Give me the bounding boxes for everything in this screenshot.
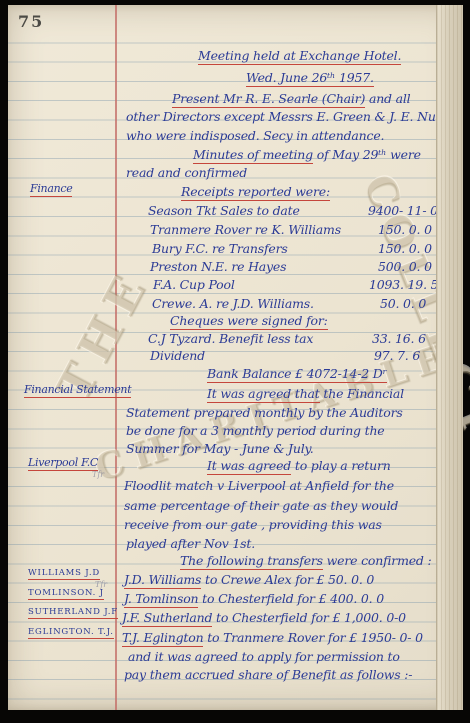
ink-text: same percentage of their gate as they wo… (124, 498, 398, 513)
ink-text: be done for a 3 monthly period during th… (126, 423, 385, 438)
ink-text: Summer for May - June & July. (126, 441, 313, 456)
handwritten-line: Bank Balance £ 4072-14-2 Dʳ (207, 366, 387, 381)
margin-note: Finance (30, 182, 72, 195)
red-underlined-text: J.F. Sutherland (122, 610, 212, 627)
ink-text: who were indisposed. Secy in attendance. (126, 128, 384, 143)
handwritten-line: played after Nov 1st. (126, 536, 255, 551)
margin-note: TOMLINSON. J (28, 588, 104, 598)
ink-text: Preston N.E. re Hayes (150, 259, 286, 274)
handwritten-line: Tranmere Rover re K. Williams150. 0. 0 (150, 222, 341, 237)
handwritten-line: J.D. Williams to Crewe Alex for £ 50. 0.… (124, 572, 374, 587)
handwritten-line: Preston N.E. re Hayes500. 0. 0 (150, 259, 286, 274)
handwritten-line: F.A. Cup Pool1093. 19. 5 (153, 277, 235, 292)
ink-text: Season Tkt Sales to date (148, 203, 300, 218)
ink-text: Dividend (150, 348, 205, 363)
amount-text: 150. 0. 0 (378, 222, 432, 237)
handwritten-line: who were indisposed. Secy in attendance. (126, 128, 384, 143)
red-underlined-text: It was agreed (207, 458, 291, 475)
page-edge-strip (436, 5, 463, 710)
ink-text: to play a return (291, 458, 390, 473)
handwritten-line: It was agreed to play a return (207, 458, 391, 473)
red-underlined-text: Present Mr R. E. Searle (Chair) (172, 91, 365, 108)
handwritten-line: C.J Tyzard. Benefit less tax33. 16. 6 (148, 331, 313, 346)
margin-note: WILLIAMS J.D (28, 568, 100, 578)
ink-text: C.J Tyzard. Benefit less tax (148, 331, 313, 346)
ink-text: Crewe. A. re J.D. Williams. (152, 296, 314, 311)
red-underlined-text: Minutes of meeting (193, 147, 313, 164)
margin-note: SUTHERLAND J.F (28, 607, 118, 617)
handwritten-line: Dividend97. 7. 6 (150, 348, 205, 363)
ink-text: played after Nov 1st. (126, 536, 255, 551)
handwriting-layer: Meeting held at Exchange Hotel.Wed. June… (0, 0, 470, 723)
handwritten-line: Summer for May - June & July. (126, 441, 313, 456)
red-underlined-text: Wed. June 26ᵗʰ 1957. (246, 70, 374, 87)
handwritten-line: Present Mr R. E. Searle (Chair) and all (172, 91, 410, 106)
ink-text: read and confirmed (126, 165, 247, 180)
handwritten-line: J.F. Sutherland to Chesterfield for £ 1,… (122, 610, 406, 625)
handwritten-line: Crewe. A. re J.D. Williams.50. 0. 0 (152, 296, 314, 311)
margin-note: Financial Statement (24, 383, 131, 396)
margin-note-label: EGLINGTON. T.J. (28, 627, 114, 639)
handwritten-line: Receipts reported were: (181, 184, 330, 199)
ink-text: F.A. Cup Pool (153, 277, 235, 292)
margin-note-label: WILLIAMS J.D (28, 568, 100, 580)
handwritten-line: Floodlit match v Liverpool at Anfield fo… (124, 478, 394, 493)
handwritten-line: pay them accrued share of Benefit as fol… (124, 667, 412, 682)
ink-text: to Chesterfield for £ 1,000. 0-0 (212, 610, 406, 625)
handwritten-line: It was agreed that the Financial (207, 386, 404, 401)
ink-text: and it was agreed to apply for permissio… (128, 649, 400, 664)
handwritten-line: receive from our gate , providing this w… (124, 517, 382, 532)
margin-note: EGLINGTON. T.J. (28, 627, 114, 637)
handwritten-line: Meeting held at Exchange Hotel. (198, 48, 401, 63)
handwritten-line: Cheques were signed for: (170, 313, 328, 328)
ink-text: Floodlit match v Liverpool at Anfield fo… (124, 478, 394, 493)
ink-text: to Chesterfield for £ 400. 0. 0 (198, 591, 384, 606)
amount-text: 9400- 11- 0 (368, 203, 438, 218)
ink-text: pay them accrued share of Benefit as fol… (124, 667, 412, 682)
margin-note-label: Financial Statement (24, 383, 131, 398)
amount-text: 500. 0. 0 (378, 259, 432, 274)
ink-text: receive from our gate , providing this w… (124, 517, 382, 532)
ink-text: Tranmere Rover re K. Williams (150, 222, 341, 237)
ink-text: of May 29ᵗʰ were (313, 147, 421, 162)
handwritten-line: Statement prepared monthly by the Audito… (126, 405, 403, 420)
handwritten-line: Bury F.C. re Transfers150. 0. 0 (152, 241, 288, 256)
margin-note: Liverpool F.C (28, 456, 98, 469)
handwritten-line: be done for a 3 monthly period during th… (126, 423, 385, 438)
ink-text: and all (365, 91, 410, 106)
ink-text: Statement prepared monthly by the Audito… (126, 405, 403, 420)
red-underlined-text: Meeting held at Exchange Hotel. (198, 48, 401, 65)
handwritten-line: same percentage of their gate as they wo… (124, 498, 398, 513)
ink-text: to Crewe Alex for £ 50. 0. 0 (201, 572, 374, 587)
red-underlined-text: Bank Balance £ 4072-14-2 Dʳ (207, 366, 387, 383)
red-underlined-text: Cheques were signed for: (170, 313, 328, 330)
handwritten-line: Minutes of meeting of May 29ᵗʰ were (193, 147, 421, 162)
margin-note-label: TOMLINSON. J (28, 588, 104, 600)
margin-note-label: SUTHERLAND J.F (28, 607, 118, 619)
margin-note-label: Liverpool F.C (28, 456, 98, 471)
handwritten-line: The following transfers were confirmed : (180, 553, 432, 568)
ink-text: other Directors except Messrs E. Green &… (126, 109, 460, 124)
scanned-minute-book-page: THECHARITABLECOLLECTION 75 Meeting held … (0, 0, 470, 723)
handwritten-line: T.J. Eglington to Tranmere Rover for £ 1… (122, 630, 423, 645)
handwritten-line: other Directors except Messrs E. Green &… (126, 109, 460, 124)
handwritten-line: Wed. June 26ᵗʰ 1957. (246, 70, 374, 85)
ink-text: the Financial (320, 386, 404, 401)
ink-text: were confirmed : (323, 553, 432, 568)
handwritten-line: Season Tkt Sales to date9400- 11- 0 (148, 203, 300, 218)
red-underlined-text: T.J. Eglington (122, 630, 203, 647)
ink-text: to Tranmere Rover for £ 1950- 0- 0 (203, 630, 422, 645)
margin-note-label: Finance (30, 182, 72, 197)
red-underlined-text: J.D. Williams (124, 572, 201, 589)
pencil-subnote: Tfr (92, 470, 104, 479)
handwritten-line: and it was agreed to apply for permissio… (128, 649, 400, 664)
amount-text: 150. 0. 0 (378, 241, 432, 256)
ink-text: Bury F.C. re Transfers (152, 241, 288, 256)
red-underlined-text: Receipts reported were: (181, 184, 330, 201)
red-underlined-text: The following transfers (180, 553, 323, 570)
red-underlined-text: J. Tomlinson (124, 591, 198, 608)
amount-text: 1093. 19. 5 (369, 277, 438, 292)
red-underlined-text: It was agreed that (207, 386, 320, 403)
amount-text: 33. 16. 6 (372, 331, 426, 346)
amount-text: 50. 0. 0 (380, 296, 426, 311)
handwritten-line: J. Tomlinson to Chesterfield for £ 400. … (124, 591, 384, 606)
amount-text: 97. 7. 6 (374, 348, 420, 363)
handwritten-line: read and confirmed (126, 165, 247, 180)
